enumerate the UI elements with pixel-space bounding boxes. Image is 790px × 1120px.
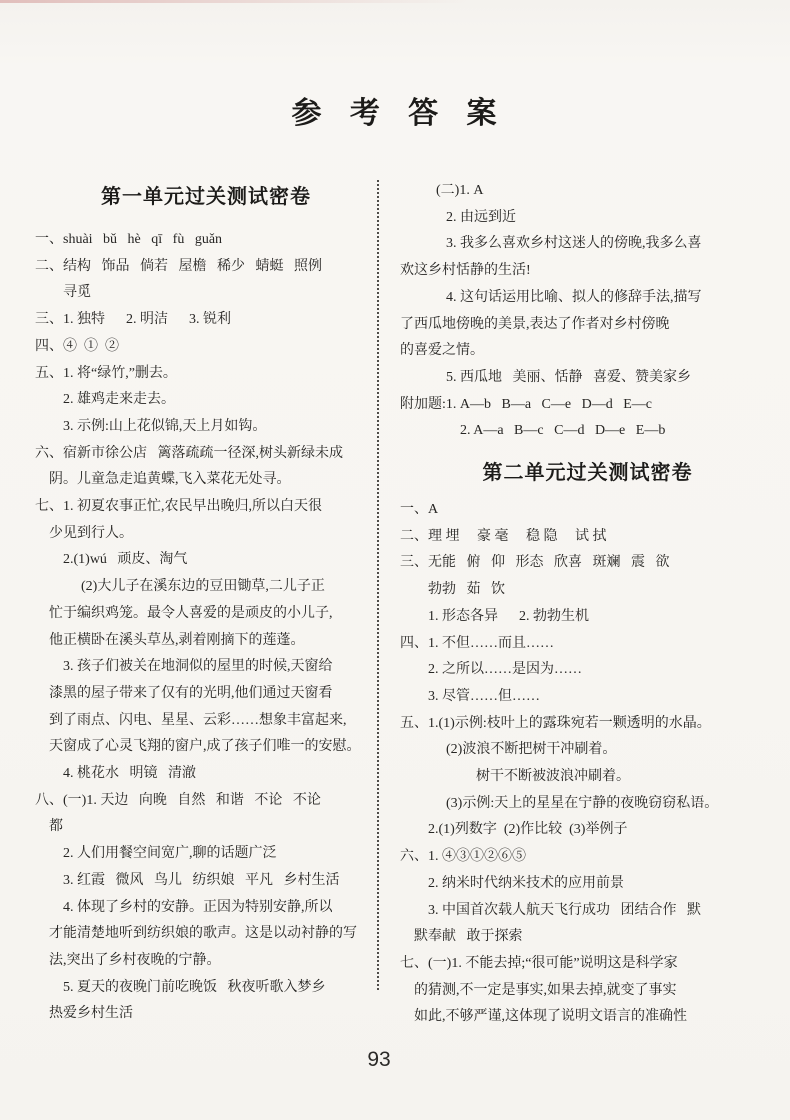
answer-line: (3)示例:天上的星星在宁静的夜晚窃窃私语。 [400,791,775,818]
answer-line: 忙于编织鸡笼。最令人喜爱的是顽皮的小儿子, [35,601,377,628]
answer-line: 都 [35,814,377,841]
answer-line: 2. 雄鸡走来走去。 [35,387,377,414]
answer-line: 六、1. ④③①②⑥⑤ [400,844,775,871]
answer-line: 默奉献 敢于探索 [400,924,775,951]
answer-line: 1. 形态各异 2. 勃勃生机 [400,604,775,631]
answer-line: 八、(一)1. 天边 向晚 自然 和谐 不论 不论 [35,788,377,815]
answer-line: 如此,不够严谨,这体现了说明文语言的准确性 [400,1004,775,1031]
answer-line: 2. A—a B—c C—d D—e E—b [400,418,775,445]
answer-line: 阴。儿童急走追黄蝶,飞入菜花无处寻。 [35,467,377,494]
answer-line: 三、无能 俯 仰 形态 欣喜 斑斓 震 欲 [400,550,775,577]
answer-line: 3. 示例:山上花似锦,天上月如钩。 [35,414,377,441]
answer-line: 2. 之所以……是因为…… [400,657,775,684]
answer-line: (二)1. A [400,178,775,205]
answer-line: 的喜爱之情。 [400,338,775,365]
right-column: (二)1. A2. 由远到近3. 我多么喜欢乡村这迷人的傍晚,我多么喜欢这乡村恬… [400,178,775,1031]
answer-line: 附加题:1. A—b B—a C—e D—d E—c [400,392,775,419]
answer-line: 5. 夏天的夜晚门前吃晚饭 秋夜听歌入梦乡 [35,975,377,1002]
unit1-answers: 一、shuài bǔ hè qī fù guǎn二、结构 饰品 倘若 屋檐 稀少… [35,227,377,1028]
answer-line: 3. 我多么喜欢乡村这迷人的傍晚,我多么喜 [400,231,775,258]
answer-line: 了西瓜地傍晚的美景,表达了作者对乡村傍晚 [400,312,775,339]
page-title: 参 考 答 案 [0,88,790,132]
answer-line: 天窗成了心灵飞翔的窗户,成了孩子们唯一的安慰。 [35,734,377,761]
answer-line: 2. 由远到近 [400,205,775,232]
column-divider [377,180,379,990]
section-heading-unit2: 第二单元过关测试密卷 [400,460,775,486]
answer-line: 一、A [400,497,775,524]
answer-line: 3. 红霞 微风 鸟儿 纺织娘 平凡 乡村生活 [35,868,377,895]
answer-line: 2.(1)列数字 (2)作比较 (3)举例子 [400,817,775,844]
left-column: 第一单元过关测试密卷 一、shuài bǔ hè qī fù guǎn二、结构 … [35,184,377,1028]
answer-line: 二、结构 饰品 倘若 屋檐 稀少 蜻蜓 照例 [35,254,377,281]
answer-line: 的猜测,不一定是事实,如果去掉,就变了事实 [400,978,775,1005]
answer-line: 3. 中国首次载人航天飞行成功 团结合作 默 [400,898,775,925]
answer-line: 四、④ ① ② [35,334,377,361]
answer-line: 他正横卧在溪头草丛,剥着刚摘下的莲蓬。 [35,628,377,655]
unit2-answers: 一、A二、理 埋 豪 毫 稳 隐 试 拭三、无能 俯 仰 形态 欣喜 斑斓 震 … [400,497,775,1031]
answer-line: 勃勃 茹 饮 [400,577,775,604]
answer-key-page: 参 考 答 案 第一单元过关测试密卷 一、shuài bǔ hè qī fù g… [0,0,790,1120]
answer-line: 5. 西瓜地 美丽、恬静 喜爱、赞美家乡 [400,365,775,392]
answer-line: 到了雨点、闪电、星星、云彩……想象丰富起来, [35,708,377,735]
answer-line: 七、(一)1. 不能去掉;“很可能”说明这是科学家 [400,951,775,978]
answer-line: 热爱乡村生活 [35,1001,377,1028]
answer-line: 三、1. 独特 2. 明洁 3. 锐利 [35,307,377,334]
answer-line: 欢这乡村恬静的生活! [400,258,775,285]
answer-line: 少见到行人。 [35,521,377,548]
answer-line: 四、1. 不但……而且…… [400,631,775,658]
answer-line: 4. 体现了乡村的安静。正因为特别安静,所以 [35,895,377,922]
answer-line: 才能清楚地听到纺织娘的歌声。这是以动衬静的写 [35,921,377,948]
answer-line: 七、1. 初夏农事正忙,农民早出晚归,所以白天很 [35,494,377,521]
scan-edge-artifact [0,0,470,3]
answer-line: 4. 这句话运用比喻、拟人的修辞手法,描写 [400,285,775,312]
answer-line: (2)波浪不断把树干冲刷着。 [400,737,775,764]
answer-line: 3. 尽管……但…… [400,684,775,711]
answer-line: 法,突出了乡村夜晚的宁静。 [35,948,377,975]
answer-line: 2.(1)wú 顽皮、淘气 [35,547,377,574]
answer-line: 二、理 埋 豪 毫 稳 隐 试 拭 [400,524,775,551]
section-heading-unit1: 第一单元过关测试密卷 [35,184,377,210]
answer-line: 4. 桃花水 明镜 清澈 [35,761,377,788]
answer-line: 2. 人们用餐空间宽广,聊的话题广泛 [35,841,377,868]
answer-line: 树干不断被波浪冲刷着。 [400,764,775,791]
answer-line: 3. 孩子们被关在地洞似的屋里的时候,天窗给 [35,654,377,681]
answer-line: 漆黑的屋子带来了仅有的光明,他们通过天窗看 [35,681,377,708]
answer-line: 寻觅 [35,280,377,307]
answer-line: 一、shuài bǔ hè qī fù guǎn [35,227,377,254]
answer-line: 五、1.(1)示例:枝叶上的露珠宛若一颗透明的水晶。 [400,711,775,738]
answer-line: (2)大儿子在溪东边的豆田锄草,二儿子正 [35,574,377,601]
page-number: 93 [339,1048,419,1072]
answer-line: 2. 纳米时代纳米技术的应用前景 [400,871,775,898]
answer-line: 六、宿新市徐公店 篱落疏疏一径深,树头新绿未成 [35,441,377,468]
answer-line: 五、1. 将“绿竹,”删去。 [35,361,377,388]
unit1-answers-continued: (二)1. A2. 由远到近3. 我多么喜欢乡村这迷人的傍晚,我多么喜欢这乡村恬… [400,178,775,445]
